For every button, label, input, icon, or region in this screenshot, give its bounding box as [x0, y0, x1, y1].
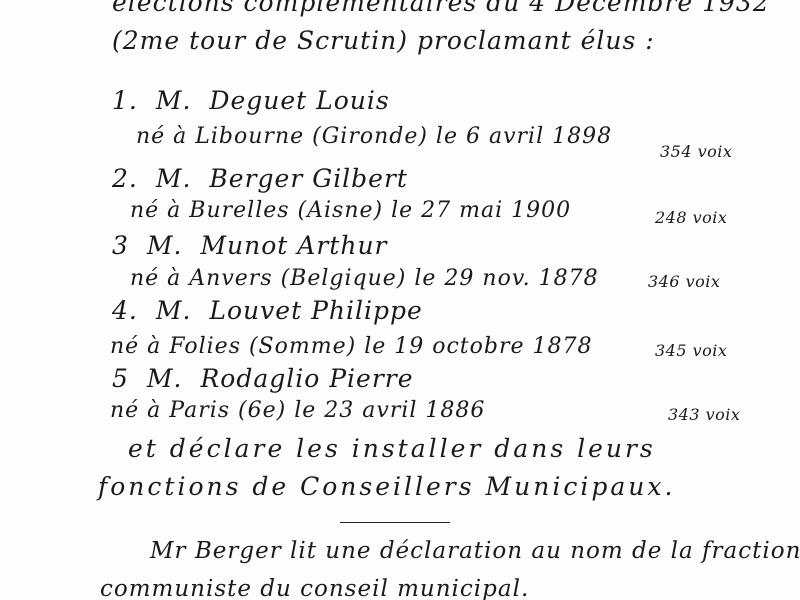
elected-entry-5-votes: 343 voix [668, 405, 740, 424]
elected-entry-2-name: 2.M.Berger Gilbert [112, 166, 408, 191]
note-line-1: Mr Berger lit une déclaration au nom de … [150, 540, 800, 563]
entry-name: Berger Gilbert [209, 164, 408, 193]
elected-entry-2-votes: 248 voix [655, 208, 727, 227]
entry-number: 5 [112, 364, 129, 393]
entry-number: 4. [112, 296, 138, 325]
elected-entry-1-name: 1.M.Deguet Louis [112, 88, 390, 113]
heading-line-1: élections complémentaires du 4 Décembre … [112, 0, 770, 15]
entry-title: M. [156, 86, 192, 115]
entry-name: Munot Arthur [200, 231, 387, 260]
entry-number: 2. [112, 164, 138, 193]
entry-number: 3 [112, 231, 129, 260]
elected-entry-3-votes: 346 voix [648, 272, 720, 291]
entry-number: 1. [112, 86, 138, 115]
document-page: élections complémentaires du 4 Décembre … [0, 0, 800, 600]
entry-title: M. [156, 296, 192, 325]
elected-entry-1-birth: né à Libourne (Gironde) le 6 avril 1898 [136, 126, 612, 148]
elected-entry-5-birth: né à Paris (6e) le 23 avril 1886 [110, 400, 485, 422]
elected-entry-4-name: 4.M.Louvet Philippe [112, 298, 423, 323]
declaration-line-1: et déclare les installer dans leurs [128, 436, 656, 461]
entry-title: M. [147, 231, 183, 260]
note-line-2: communiste du conseil municipal. [100, 578, 529, 600]
elected-entry-3-name: 3M.Munot Arthur [112, 233, 388, 258]
section-divider [340, 522, 450, 523]
elected-entry-4-votes: 345 voix [655, 341, 727, 360]
entry-name: Louvet Philippe [209, 296, 422, 325]
entry-title: M. [147, 364, 183, 393]
entry-title: M. [156, 164, 192, 193]
entry-name: Rodaglio Pierre [200, 364, 413, 393]
elected-entry-3-birth: né à Anvers (Belgique) le 29 nov. 1878 [130, 268, 599, 290]
entry-name: Deguet Louis [209, 86, 389, 115]
elected-entry-2-birth: né à Burelles (Aisne) le 27 mai 1900 [130, 200, 571, 222]
elected-entry-4-birth: né à Folies (Somme) le 19 octobre 1878 [110, 336, 592, 358]
elected-entry-5-name: 5M.Rodaglio Pierre [112, 366, 414, 391]
heading-line-2: (2me tour de Scrutin) proclamant élus : [112, 28, 655, 53]
elected-entry-1-votes: 354 voix [660, 142, 732, 161]
declaration-line-2: fonctions de Conseillers Municipaux. [98, 474, 675, 499]
